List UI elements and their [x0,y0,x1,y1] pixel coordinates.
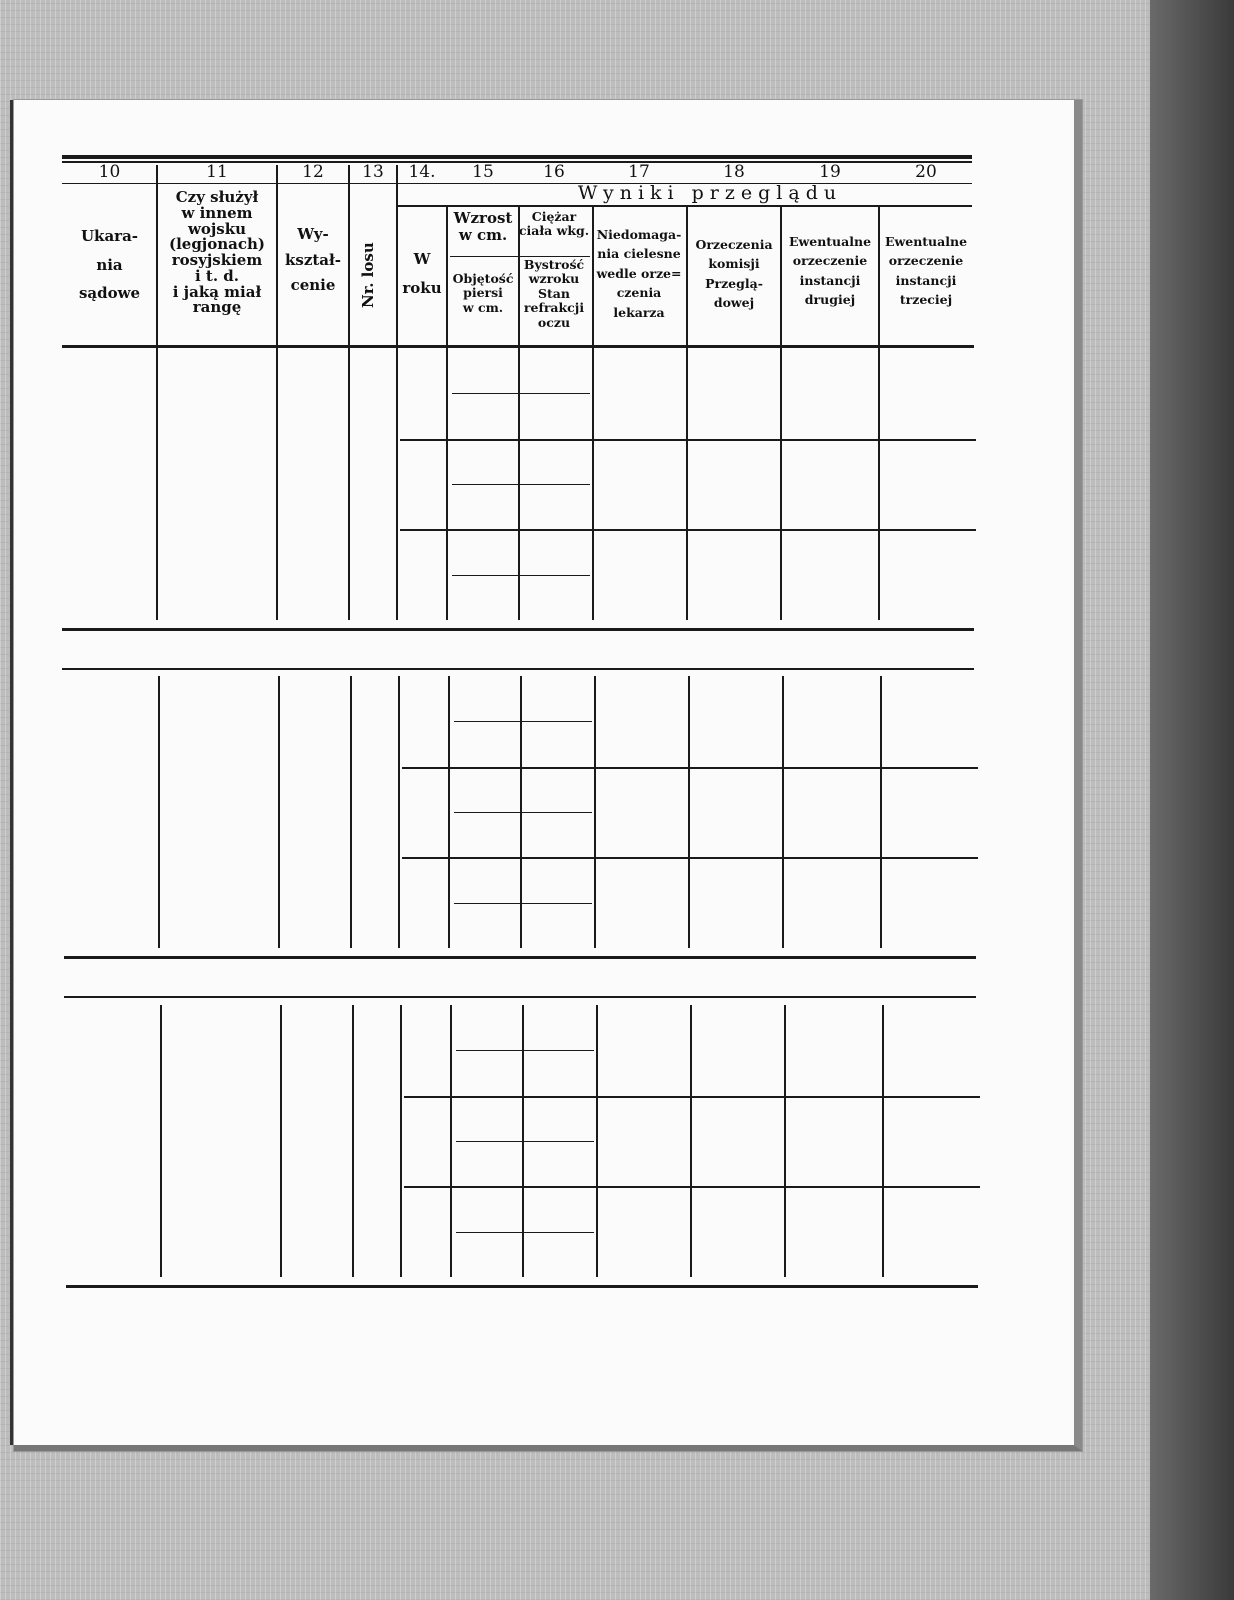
header-sep [686,207,688,345]
block-bottom-rule [66,1285,978,1288]
cell-separator [446,348,448,620]
measure-rule [452,484,590,485]
cell-separator [592,348,594,620]
col-number-17: 17 [592,163,686,183]
header-sep [446,207,448,345]
header-sep [878,207,880,345]
col-label-15-bottom: Objętość piersi w cm. [448,272,518,315]
sub-row-rule [404,1186,980,1188]
cell-separator [690,1005,692,1277]
col-number-14: 14. [398,163,446,183]
cell-separator [278,676,280,948]
col-number-18: 18 [688,163,780,183]
col-label-19: Ewentualne orzeczenie instancji drugiej [782,232,878,310]
cell-separator [398,676,400,948]
cell-separator [882,1005,884,1277]
measure-rule [456,1141,594,1142]
cell-separator [160,1005,162,1277]
col-label-11: Czy służył w innem wojsku (legjonach) ro… [158,190,276,316]
header-sep [592,207,594,345]
cell-separator [348,348,350,620]
block-bottom-rule [62,628,974,631]
col-label-10: Ukara- nia sądowe [62,222,157,308]
section-title: Wyniki przeglądu [450,183,970,205]
sub-row-rule [400,529,976,531]
section-title-rule [398,205,972,207]
col-label-16-bottom: Bystrość wzroku Stan refrakcji oczu [518,258,590,330]
top-rule [62,155,972,159]
cell-separator [280,1005,282,1277]
col-number-20: 20 [880,163,972,183]
header-sep [396,165,398,345]
measure-rule [452,393,590,394]
header-sep [156,165,158,345]
col-label-15-top: Wzrost w cm. [448,210,518,243]
col-number-13: 13 [350,163,396,183]
cell-separator [396,348,398,620]
measure-rule [454,903,592,904]
col-number-11: 11 [158,163,276,183]
header-sep [518,207,520,345]
col-15-divider [450,256,518,257]
col-label-18: Orzeczenia komisji Przeglą- dowej [688,235,780,313]
col-label-14: W roku [398,245,446,302]
col-number-10: 10 [62,163,157,183]
cell-separator [352,1005,354,1277]
sub-row-rule [402,857,978,859]
col-number-19: 19 [782,163,878,183]
col-number-12: 12 [278,163,348,183]
cell-separator [450,1005,452,1277]
header-sep [780,207,782,345]
cell-separator [686,348,688,620]
cell-separator [784,1005,786,1277]
measure-rule [454,812,592,813]
sub-row-rule [400,439,976,441]
cell-separator [156,348,158,620]
sub-row-rule [404,1096,980,1098]
col-label-16-top: Ciężar ciała wkg. [518,210,590,239]
measure-rule [454,721,592,722]
block-bottom-rule [64,956,976,959]
cell-separator [276,348,278,620]
cell-separator [880,676,882,948]
scan-shadow [1150,0,1234,1600]
header-sep [348,165,350,345]
cell-separator [158,676,160,948]
cell-separator [400,1005,402,1277]
cell-separator [448,676,450,948]
sub-row-rule [402,767,978,769]
cell-separator [780,348,782,620]
cell-separator [596,1005,598,1277]
cell-separator [688,676,690,948]
header-sep [276,165,278,345]
block-top-rule [62,668,974,670]
block-top-rule [64,996,976,998]
col-label-20: Ewentualne orzeczenie instancji trzeciej [880,232,972,310]
measure-rule [452,575,590,576]
cell-separator [350,676,352,948]
cell-separator [594,676,596,948]
col-label-13: Nr. losu [360,235,384,315]
cell-separator [782,676,784,948]
col-number-16: 16 [518,163,590,183]
page-binding-edge [10,100,13,1445]
cell-separator [878,348,880,620]
col-label-17: Niedomaga- nia cielesne wedle orze= czen… [592,225,686,322]
measure-rule [456,1232,594,1233]
measure-rule [456,1050,594,1051]
col-number-15: 15 [448,163,518,183]
col-label-12: Wy- kształ- cenie [278,222,348,299]
